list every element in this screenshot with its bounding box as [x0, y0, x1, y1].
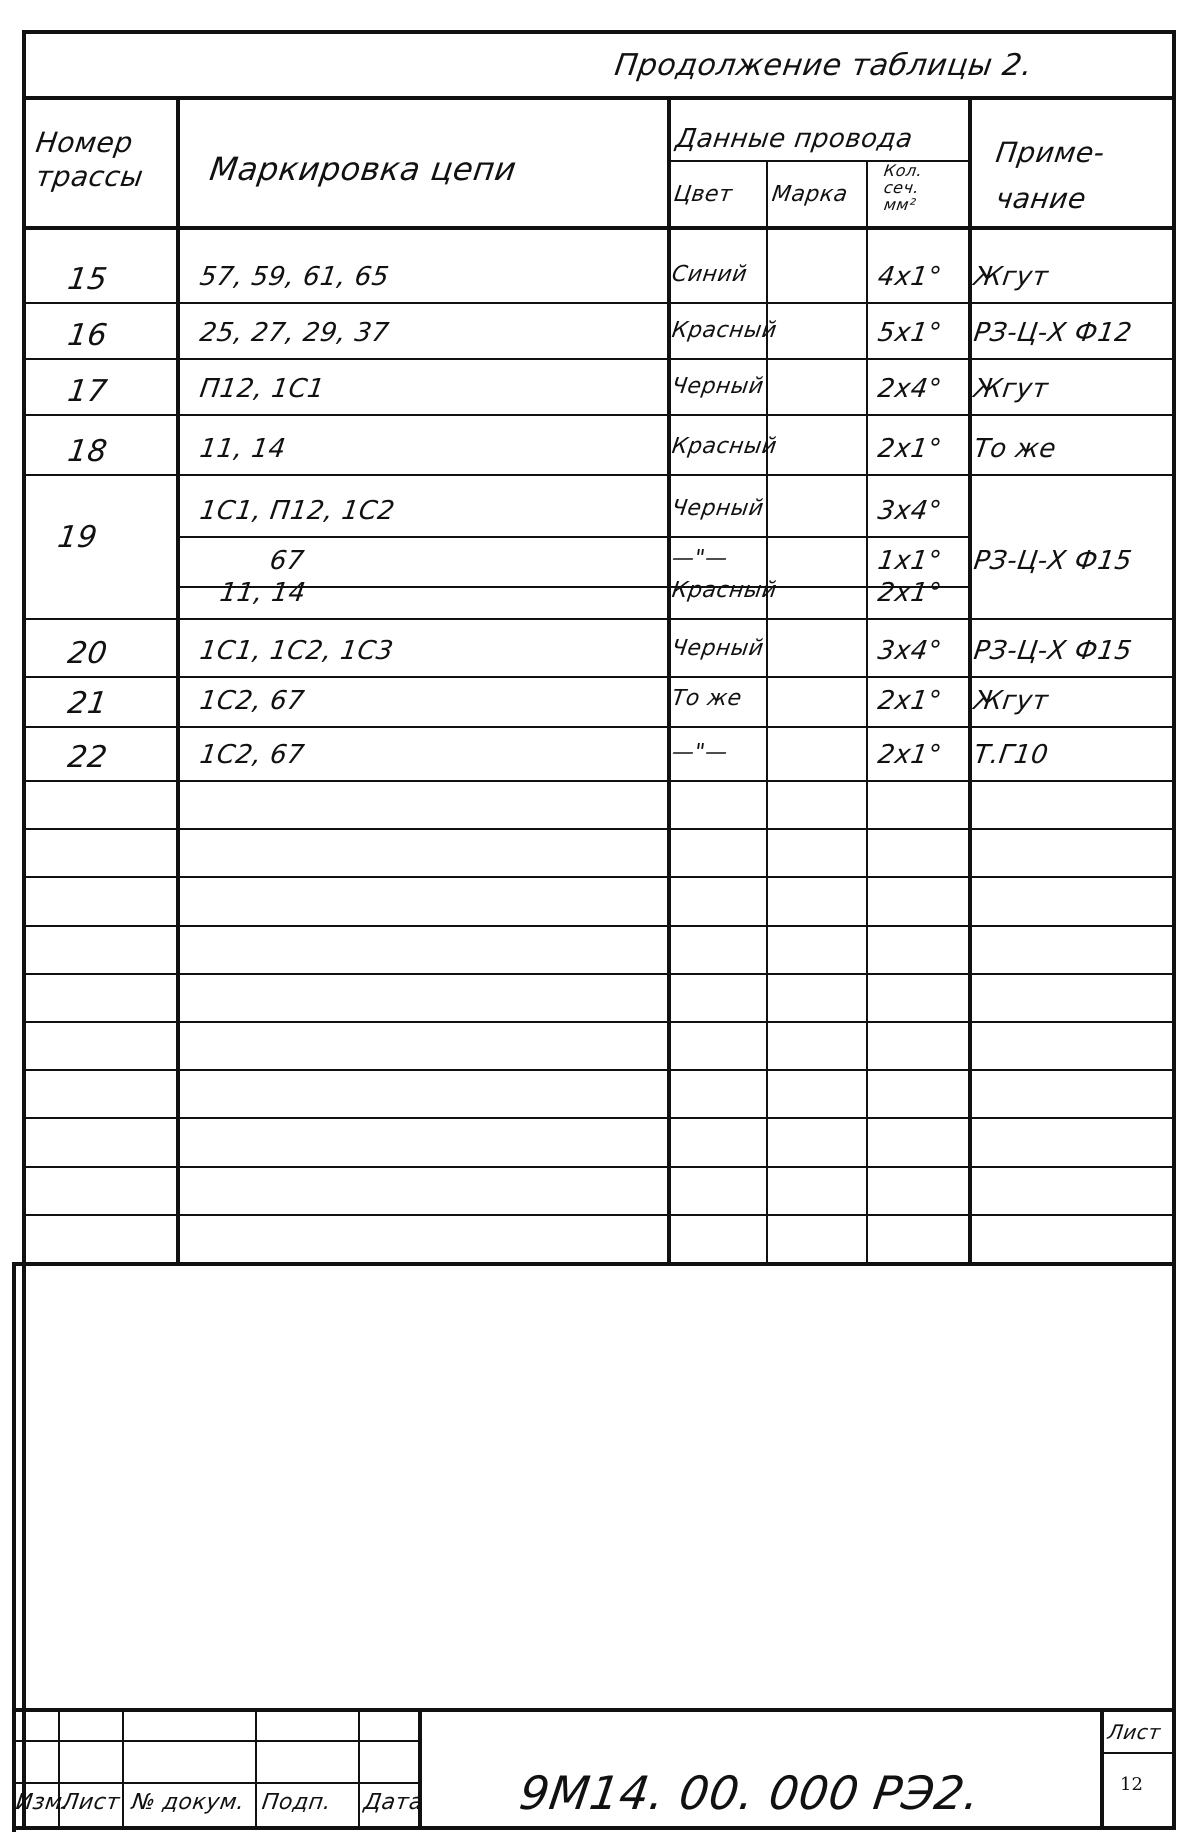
circuit-marking-text: 1С2, 67 — [198, 686, 307, 716]
wire-quantity: 1x1° — [878, 546, 941, 576]
frame-left — [22, 30, 26, 1830]
route-number: 22 — [68, 740, 107, 775]
route-number: 16 — [68, 318, 107, 353]
route-number: 17 — [68, 374, 107, 409]
circuit-marking: 25, 27, 29, 37 — [200, 318, 389, 348]
empty-row-divider — [22, 1117, 1176, 1119]
route-number-text: 18 — [66, 434, 110, 469]
note: РЗ-Ц-Х Ф15 — [974, 546, 1132, 576]
circuit-marking-text: 57, 59, 61, 65 — [198, 262, 391, 292]
row-divider — [22, 726, 1176, 728]
wire-quantity-text: 3x4° — [876, 636, 944, 666]
wire-quantity-text: 2x1° — [876, 578, 944, 608]
wire-quantity-text: 5x1° — [876, 318, 944, 348]
designation-text: 9М14. 00. 000 РЭ2. — [516, 1766, 983, 1820]
document-designation: 9М14. 00. 000 РЭ2. — [520, 1766, 980, 1820]
wire-color: Черный — [672, 374, 764, 399]
row-divider — [22, 474, 1176, 476]
note: Жгут — [974, 374, 1048, 404]
wire-color: Красный — [672, 318, 777, 343]
header-wire-data: Данные провода — [676, 124, 913, 154]
wire-color-text: —"— — [670, 546, 729, 571]
note: РЗ-Ц-Х Ф15 — [974, 636, 1132, 666]
empty-row-divider — [22, 973, 1176, 975]
note-text: РЗ-Ц-Х Ф15 — [972, 636, 1134, 666]
circuit-marking: 57, 59, 61, 65 — [200, 262, 389, 292]
wire-color-text: Красный — [670, 578, 778, 603]
wire-color: —"— — [672, 546, 728, 571]
route-number: 15 — [68, 262, 107, 297]
empty-row-divider — [22, 1166, 1176, 1168]
header-color: Цвет — [674, 182, 732, 207]
frame-right — [1172, 30, 1176, 1830]
route-number-text: 17 — [66, 374, 110, 409]
header-color-text: Цвет — [672, 182, 734, 207]
wire-quantity: 3x4° — [878, 636, 941, 666]
wire-color-text: Синий — [670, 262, 749, 287]
empty-row-divider — [22, 1021, 1176, 1023]
row-divider — [22, 618, 1176, 620]
circuit-marking: 67 — [270, 546, 304, 576]
wire-quantity-text: 2x4° — [876, 374, 944, 404]
wire-quantity-text: 2x1° — [876, 740, 944, 770]
route-number-text: 16 — [66, 318, 110, 353]
sheet-number-text: 12 — [1120, 1774, 1143, 1795]
tb-hline-2 — [12, 1782, 420, 1784]
route-number-text: 19 — [56, 520, 100, 555]
title-block-top — [12, 1708, 1176, 1712]
tb-sheet-divider — [1100, 1708, 1104, 1828]
row-divider-inner — [176, 536, 968, 538]
header-circuit-marking: Маркировка цепи — [210, 150, 516, 188]
col-divider-4 — [866, 160, 868, 1262]
table-bottom — [12, 1262, 1176, 1266]
tb-sheet-hline — [1100, 1752, 1174, 1754]
wire-quantity: 2x4° — [878, 374, 941, 404]
wire-quantity-text: 2x1° — [876, 434, 944, 464]
wire-quantity-text: 1x1° — [876, 546, 944, 576]
route-number: 19 — [58, 520, 97, 555]
circuit-marking-text: 1С1, П12, 1С2 — [198, 496, 397, 526]
circuit-marking-text: 67 — [268, 546, 306, 576]
header-qty-line2: сеч. — [883, 179, 921, 196]
continuation-title: Продолжение таблицы 2. — [615, 48, 1032, 83]
row-divider — [22, 676, 1176, 678]
header-route-number: Номер трассы — [36, 126, 143, 194]
circuit-marking-text: 11, 14 — [198, 434, 288, 464]
note-text: Т.Г10 — [972, 740, 1050, 770]
header-route-line2: трассы — [34, 160, 146, 194]
wire-quantity-text: 2x1° — [876, 686, 944, 716]
header-qty-line3: мм² — [883, 196, 917, 213]
wire-quantity: 2x1° — [878, 578, 941, 608]
note: Жгут — [974, 686, 1048, 716]
row-divider — [22, 302, 1176, 304]
note-text: РЗ-Ц-Х Ф15 — [972, 546, 1134, 576]
wire-quantity-text: 3x4° — [876, 496, 944, 526]
label-doc-number: № докум. — [130, 1790, 246, 1815]
col-divider-2 — [667, 96, 671, 1262]
circuit-marking: 1С1, 1С2, 1С3 — [200, 636, 393, 666]
header-note: Приме- чание — [996, 130, 1104, 222]
empty-row-divider — [22, 876, 1176, 878]
wire-color: Черный — [672, 636, 764, 661]
tb-vline-2 — [122, 1708, 124, 1828]
note-text: Жгут — [972, 686, 1050, 716]
wire-color-text: —"— — [670, 740, 729, 765]
tb-vline-4 — [358, 1708, 360, 1828]
header-wire-data-text: Данные провода — [674, 124, 915, 154]
note-text: РЗ-Ц-Х Ф12 — [972, 318, 1134, 348]
route-number: 18 — [68, 434, 107, 469]
circuit-marking-text: 11, 14 — [218, 578, 308, 608]
frame-top — [22, 30, 1176, 34]
header-circuit-text: Маркировка цепи — [207, 150, 519, 188]
row-divider — [22, 358, 1176, 360]
note-text: То же — [972, 434, 1058, 464]
continuation-title-text: Продолжение таблицы 2. — [613, 48, 1035, 83]
route-number-text: 20 — [66, 636, 110, 671]
circuit-marking: 11, 14 — [220, 578, 306, 608]
sheet-label: Лист — [1108, 1720, 1161, 1744]
circuit-marking-text: 25, 27, 29, 37 — [198, 318, 391, 348]
route-number-text: 22 — [66, 740, 110, 775]
circuit-marking: 11, 14 — [200, 434, 286, 464]
circuit-marking-text: 1С1, 1С2, 1С3 — [198, 636, 395, 666]
wire-color: Красный — [672, 434, 777, 459]
frame-left-lower — [12, 1262, 16, 1832]
wire-data-divider — [667, 160, 970, 162]
title-block-bottom — [12, 1826, 1176, 1830]
wire-quantity: 2x1° — [878, 740, 941, 770]
tb-vline-3 — [255, 1708, 257, 1828]
wire-color: Красный — [672, 578, 777, 603]
col-divider-1 — [176, 96, 180, 1262]
wire-color-text: Черный — [670, 374, 765, 399]
circuit-marking: П12, 1С1 — [200, 374, 324, 404]
empty-row-divider — [22, 1214, 1176, 1216]
header-note-line2: чание — [993, 176, 1089, 222]
wire-quantity: 2x1° — [878, 686, 941, 716]
sheet-number: 12 — [1120, 1774, 1143, 1795]
wire-color: Черный — [672, 496, 764, 521]
wire-color-text: То же — [670, 686, 743, 711]
wire-quantity-text: 4x1° — [876, 262, 944, 292]
note: То же — [974, 434, 1056, 464]
wire-color: Синий — [672, 262, 747, 287]
wire-quantity: 2x1° — [878, 434, 941, 464]
label-date: Дата — [362, 1790, 424, 1815]
route-number: 21 — [68, 686, 107, 721]
row-divider — [22, 414, 1176, 416]
header-brand-text: Марка — [770, 182, 849, 207]
tb-hline-1 — [12, 1740, 420, 1742]
title-divider — [22, 96, 1176, 100]
col-divider-5 — [968, 96, 972, 1262]
label-sheet: Лист — [60, 1790, 121, 1815]
note: РЗ-Ц-Х Ф12 — [974, 318, 1132, 348]
circuit-marking-text: 1С2, 67 — [198, 740, 307, 770]
route-number: 20 — [68, 636, 107, 671]
wire-color-text: Красный — [670, 434, 778, 459]
wire-quantity: 5x1° — [878, 318, 941, 348]
empty-row-divider — [22, 828, 1176, 830]
header-quantity: Кол. сеч. мм² — [884, 162, 922, 213]
empty-row-divider — [22, 1069, 1176, 1071]
note: Жгут — [974, 262, 1048, 292]
wire-color-text: Черный — [670, 636, 765, 661]
note: Т.Г10 — [974, 740, 1048, 770]
header-bottom — [22, 226, 1176, 230]
circuit-marking-text: П12, 1С1 — [198, 374, 327, 404]
sheet-label-text: Лист — [1106, 1720, 1162, 1744]
wire-quantity: 4x1° — [878, 262, 941, 292]
note-text: Жгут — [972, 374, 1050, 404]
circuit-marking: 1С1, П12, 1С2 — [200, 496, 395, 526]
row-divider — [22, 780, 1176, 782]
route-number-text: 15 — [66, 262, 110, 297]
wire-color-text: Красный — [670, 318, 778, 343]
wire-color: —"— — [672, 740, 728, 765]
wire-color-text: Черный — [670, 496, 765, 521]
wire-color: То же — [672, 686, 742, 711]
label-signature: Подп. — [260, 1790, 333, 1815]
route-number-text: 21 — [66, 686, 110, 721]
circuit-marking: 1С2, 67 — [200, 686, 304, 716]
header-route-line1: Номер — [34, 126, 136, 160]
circuit-marking: 1С2, 67 — [200, 740, 304, 770]
note-text: Жгут — [972, 262, 1050, 292]
wire-quantity: 3x4° — [878, 496, 941, 526]
header-brand: Марка — [772, 182, 848, 207]
empty-row-divider — [22, 925, 1176, 927]
header-qty-line1: Кол. — [883, 162, 924, 179]
header-note-line1: Приме- — [993, 130, 1108, 176]
